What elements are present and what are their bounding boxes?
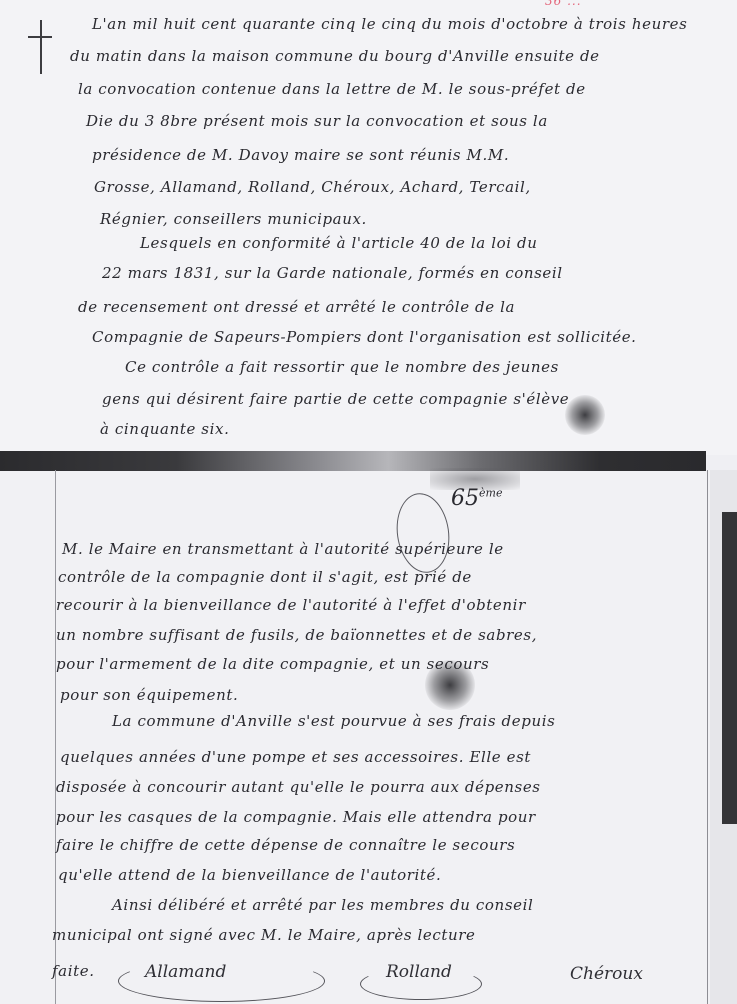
text-line: faite. [52,962,95,980]
signature: Allamand [145,962,226,982]
folio-number: 65ème [451,486,502,511]
sheet-overlap-shadow [0,451,706,471]
text-line: Ce contrôle a fait ressortir que le nomb… [125,358,559,376]
signature: Chéroux [570,964,643,984]
text-line: L'an mil huit cent quarante cinq le cinq… [92,15,687,33]
scanned-document-page: 36 ... L'an mil huit cent quarante cinq … [0,0,737,1004]
text-line: présidence de M. Davoy maire se sont réu… [92,146,509,164]
scan-edge-shadow [722,512,737,824]
ink-blot [425,660,475,710]
text-line: la convocation contenue dans la lettre d… [78,80,586,98]
red-margin-note: 36 ... [545,0,582,8]
text-line: gens qui désirent faire partie de cette … [102,390,569,408]
text-line: Lesquels en conformité à l'article 40 de… [140,234,537,252]
text-line: Régnier, conseillers municipaux. [100,210,367,228]
text-line: qu'elle attend de la bienveillance de l'… [58,866,441,884]
text-line: pour les casques de la compagnie. Mais e… [56,808,536,826]
left-margin-rule [55,470,56,1004]
text-line: quelques années d'une pompe et ses acces… [60,748,531,766]
text-line: un nombre suffisant de fusils, de baïonn… [56,626,537,644]
text-line: 22 mars 1831, sur la Garde nationale, fo… [102,264,563,282]
text-line: faire le chiffre de cette dépense de con… [56,836,515,854]
text-line: Die du 3 8bre présent mois sur la convoc… [86,112,548,130]
text-line: pour l'armement de la dite compagnie, et… [56,655,489,673]
text-line: de recensement ont dressé et arrêté le c… [78,298,515,316]
text-line: La commune d'Anville s'est pourvue à ses… [112,712,555,730]
text-line: à cinquante six. [100,420,229,438]
text-line: pour son équipement. [60,686,238,704]
right-margin-rule [707,470,708,1004]
text-line: M. le Maire en transmettant à l'autorité… [62,540,504,558]
text-line: municipal ont signé avec M. le Maire, ap… [52,926,476,944]
text-line: Grosse, Allamand, Rolland, Chéroux, Acha… [94,178,531,196]
text-line: recourir à la bienveillance de l'autorit… [56,596,526,614]
cross-mark-icon [28,20,52,74]
text-line: Compagnie de Sapeurs-Pompiers dont l'org… [92,328,637,346]
ink-blot [565,395,605,435]
text-line: disposée à concourir autant qu'elle le p… [56,778,541,796]
signature: Rolland [386,962,452,982]
text-line: contrôle de la compagnie dont il s'agit,… [58,568,472,586]
text-line: Ainsi délibéré et arrêté par les membres… [112,896,533,914]
text-line: du matin dans la maison commune du bourg… [70,47,600,65]
